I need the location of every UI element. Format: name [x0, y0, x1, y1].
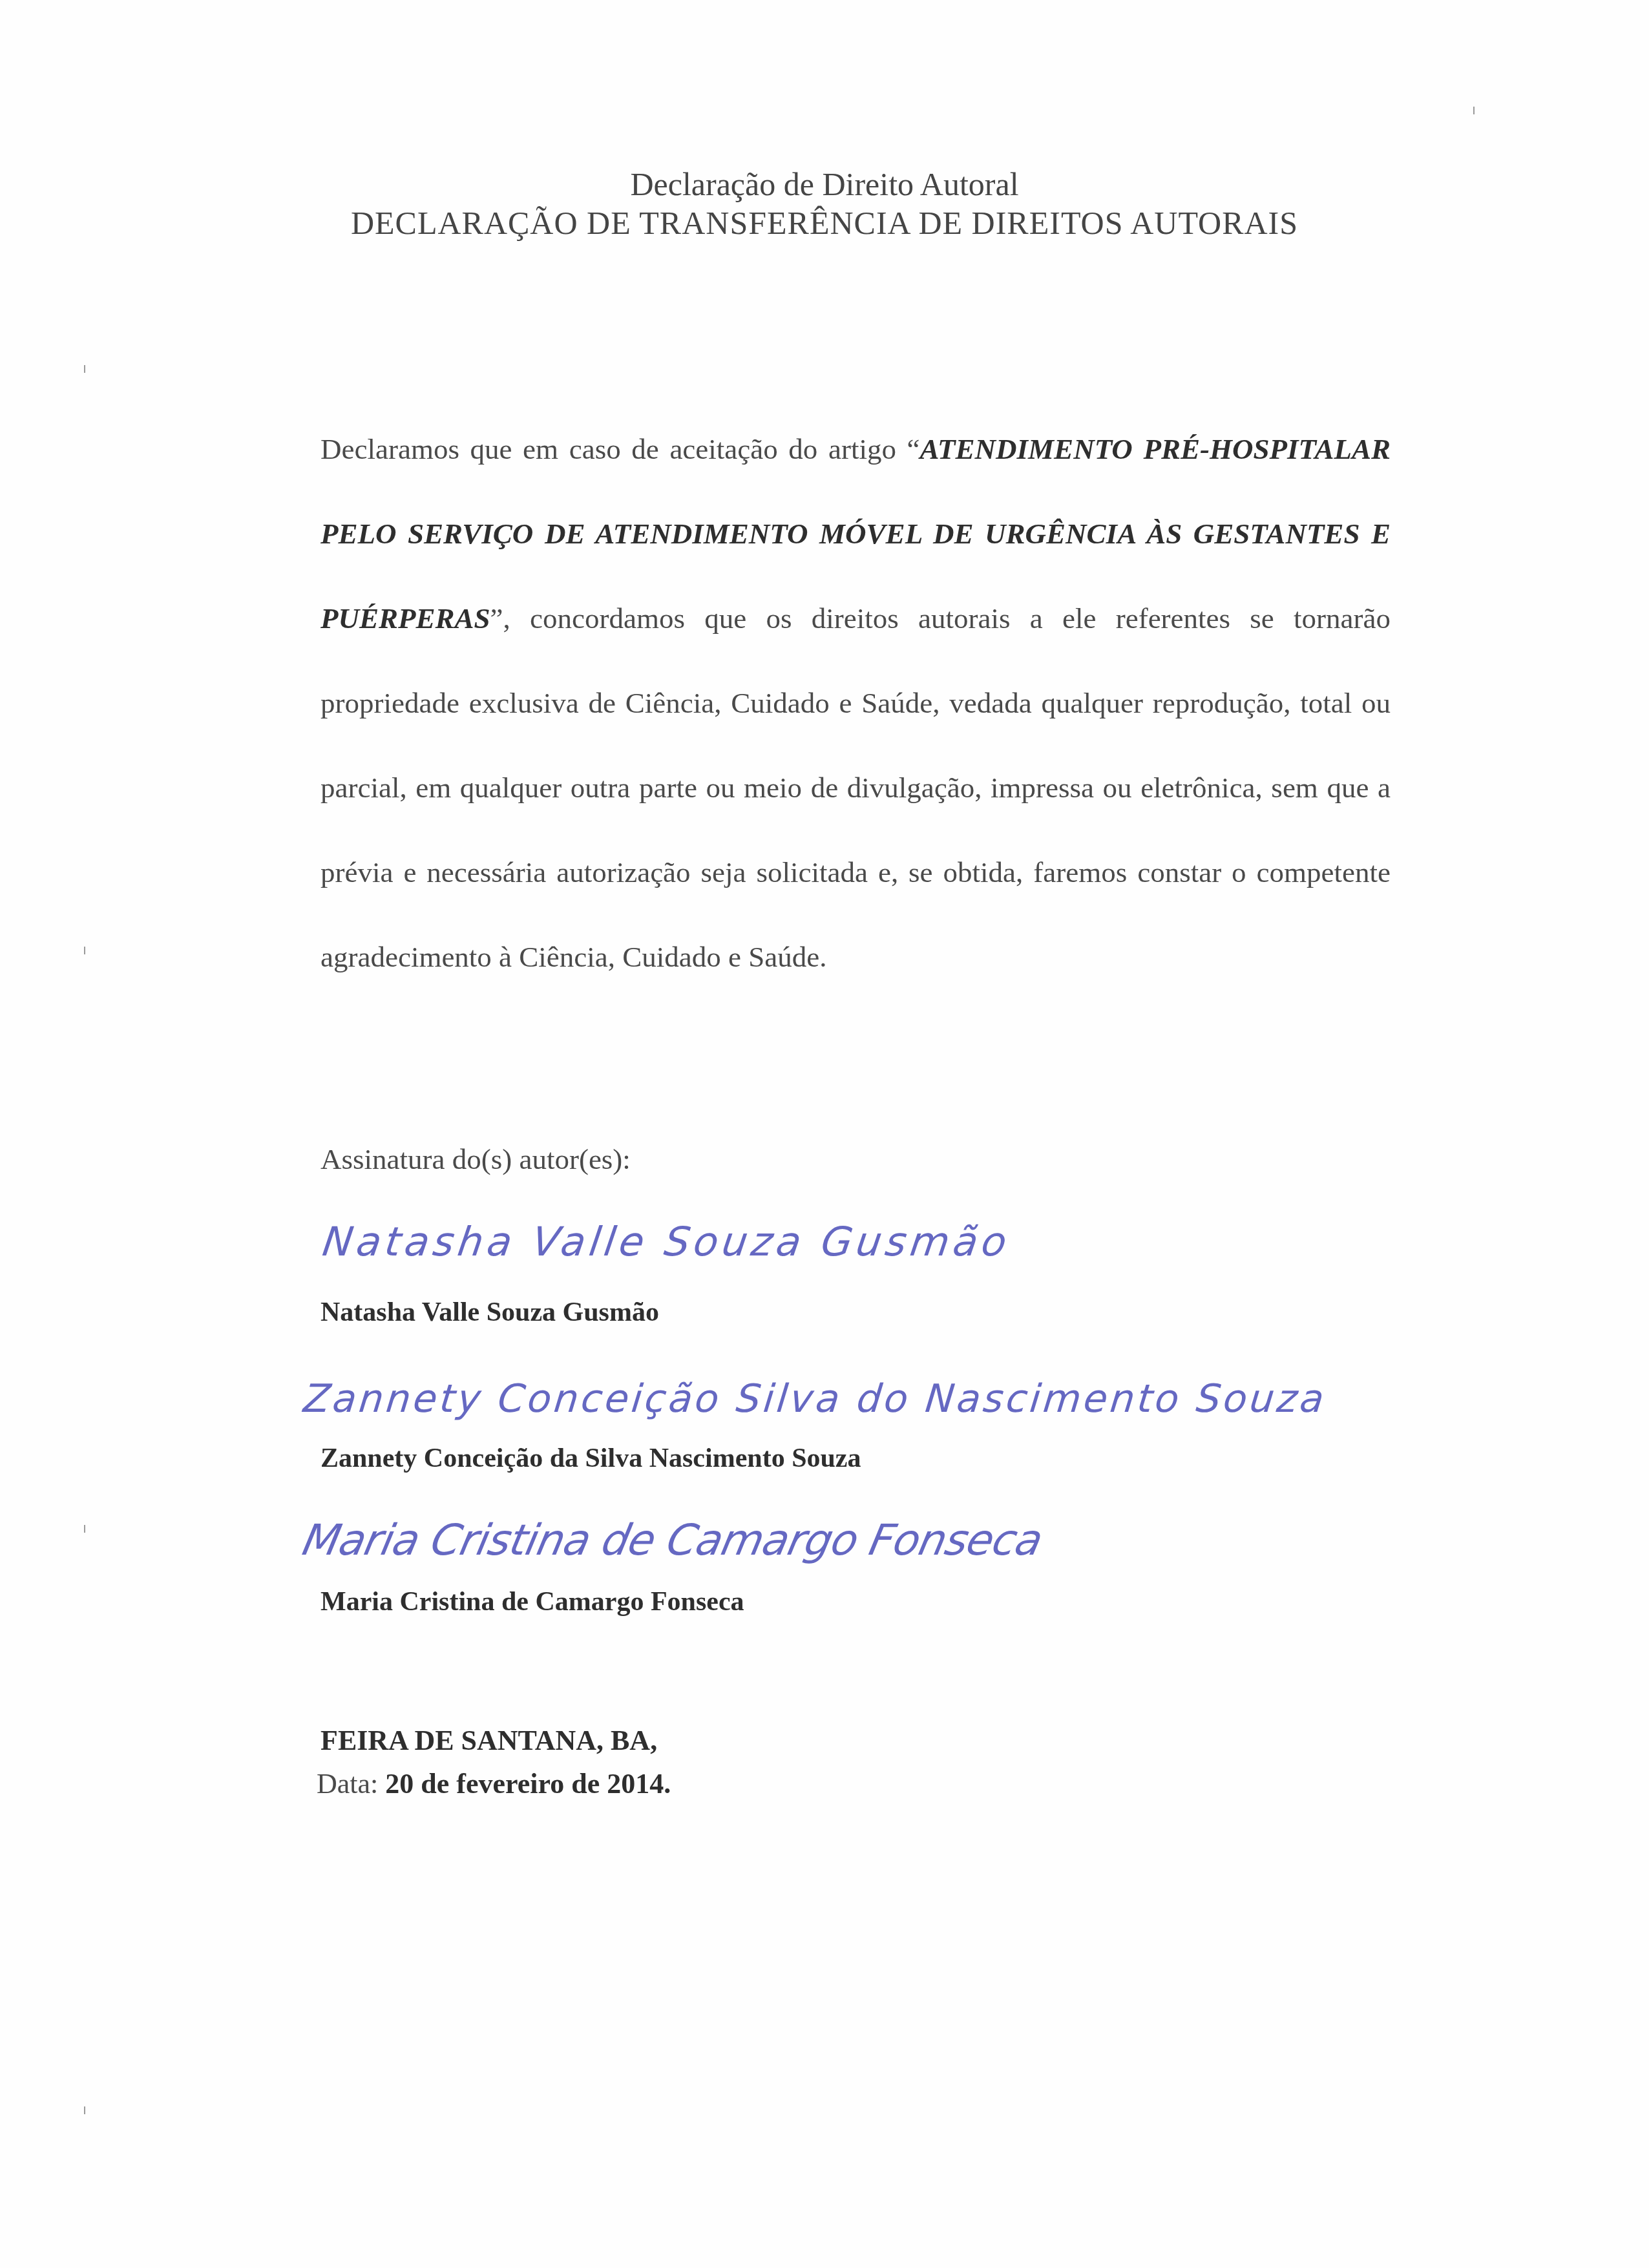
handwritten-signature: Natasha Valle Souza Gusmão — [320, 1218, 1014, 1265]
date-value: 20 de fevereiro de 2014. — [385, 1768, 671, 1800]
author-name: Zannety Conceição da Silva Nascimento So… — [320, 1443, 861, 1474]
handwritten-signature: Maria Cristina de Camargo Fonseca — [299, 1515, 1047, 1565]
declaration-paragraph: Declaramos que em caso de aceitação do a… — [320, 407, 1391, 1000]
signature-label: Assinatura do(s) autor(es): — [320, 1142, 631, 1176]
scan-speck — [84, 1525, 85, 1533]
author-name: Maria Cristina de Camargo Fonseca — [320, 1586, 744, 1617]
place: FEIRA DE SANTANA, BA, — [320, 1724, 657, 1757]
document-subtitle: DECLARAÇÃO DE TRANSFERÊNCIA DE DIREITOS … — [0, 204, 1649, 242]
paragraph-intro: Declaramos que em caso de aceitação do a… — [320, 433, 920, 465]
scan-speck — [1473, 107, 1475, 114]
author-name: Natasha Valle Souza Gusmão — [320, 1297, 659, 1328]
handwritten-signature: Zannety Conceição Silva do Nascimento So… — [301, 1376, 1329, 1422]
document-page: Declaração de Direito Autoral DECLARAÇÃO… — [0, 0, 1649, 2268]
date-line: Data: 20 de fevereiro de 2014. — [317, 1767, 671, 1800]
scan-speck — [84, 365, 85, 373]
document-title: Declaração de Direito Autoral — [0, 165, 1649, 204]
paragraph-rest: ”, concordamos que os direitos autorais … — [320, 602, 1391, 973]
scan-speck — [84, 2106, 85, 2114]
header: Declaração de Direito Autoral DECLARAÇÃO… — [0, 165, 1649, 242]
date-label: Data: — [317, 1768, 378, 1800]
scan-speck — [84, 947, 85, 954]
